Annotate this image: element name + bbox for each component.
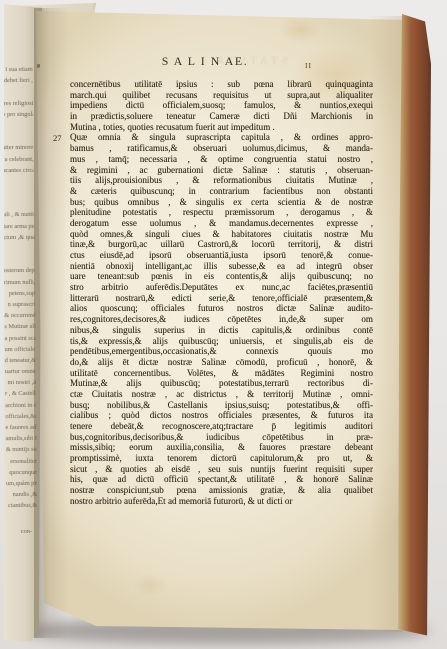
fragment-line: d teneatur,& (5, 355, 36, 367)
fragment-line: o pro singula (2, 109, 33, 121)
fragment-line: ctum ,& qua (3, 232, 34, 244)
fragment-line: mi nostri ,ā (5, 377, 36, 389)
text-block: 27 concernētibus utilitatē ipsius : sub … (70, 79, 373, 507)
paragraph-number: 27 (53, 133, 62, 143)
fragment-line (3, 187, 34, 199)
fragment-line (2, 131, 33, 143)
previous-page-catchword: con- (4, 528, 32, 535)
fragment-line: tres religiosi, (2, 97, 33, 109)
fragment-line (2, 86, 33, 98)
text-line: bus; quibus omnibus , & singulis ex cert… (70, 197, 373, 208)
text-line: ctus eiusdē,ad ipsorū obseruantiā,iusta … (70, 250, 373, 261)
text-line: promptissimè, iuxta tenorem dictorū capi… (70, 453, 373, 464)
text-line: busq; nobilibus,& Castellanis ipsius,sui… (70, 400, 373, 411)
fragment-line: atter minores (2, 142, 33, 154)
fragment-line: quocunque (6, 467, 37, 479)
fragment-line: amulis,sibi & (6, 433, 37, 445)
text-line: tiis alijs,prouisionibus , & reformation… (70, 175, 373, 186)
text-line: & regimini , ac gubernationi dictæ Salin… (70, 165, 373, 176)
gutter-shadow (34, 8, 68, 638)
fragment-line (4, 254, 35, 266)
text-line: do,& alijs ēt dictæ nostræ Salinæ cōmodū… (70, 357, 373, 368)
fragment-line: ī sua etiam (2, 64, 33, 76)
text-line: alios quoscunq; officiales futuros nostr… (70, 303, 373, 314)
text-line: mus , tamq̄; necessaria , & optime congr… (70, 154, 373, 165)
fragment-line: & nuntijs su (6, 444, 37, 456)
fragment-line (3, 176, 34, 188)
fragment-line: petens,sup (4, 288, 35, 300)
text-line: impediens dictū officialem,suosq; famulo… (70, 100, 373, 111)
text-line: concernētibus utilitatē ipsius : sub pœn… (70, 79, 373, 90)
text-line: litterarū nostrarū,& edicti serie,& teno… (70, 293, 373, 304)
fragment-line: um,quàm pro (6, 478, 37, 490)
fragment-line (4, 243, 35, 255)
text-line: in prædictis,soluere teneatur Cameræ dic… (70, 111, 373, 122)
text-line: ctæ Ciuitatis nostræ , ac districtus , &… (70, 389, 373, 400)
text-line: utilitatē concernentibus. Volētes, & mād… (70, 368, 373, 379)
fragment-line: debet fieri , (2, 75, 33, 87)
text-line: plenitudine potestatis , respectu præmis… (70, 207, 373, 218)
text-line: quòd omnes,& singuli ciues & habitatores… (70, 229, 373, 240)
fragment-line (3, 198, 34, 210)
text-line: sicut , & quoties ab eisdē , seu suis nu… (70, 464, 373, 475)
fragment-line: um officialem (5, 344, 36, 356)
fragment-line: officiales,&c (5, 411, 36, 423)
text-line: Mutinæ,& alijs quibuscūq; potestatibus,t… (70, 378, 373, 389)
fragment-line: a possint sca (4, 332, 35, 344)
text-line: tinæ,& burgorū,ac uillarū Castrorū,& loc… (70, 239, 373, 250)
fragment-line: nandis ,& (6, 489, 37, 501)
text-line: nientiā obnoxij intelligant,ac illis sub… (70, 261, 373, 272)
fragment-line: ersonaliter (6, 455, 37, 467)
fragment-line: & occurrendo (4, 310, 35, 322)
fragment-line: uli , & nuntij (3, 209, 34, 221)
text-line: bamus , ratificamus,& obseruari uolumus,… (70, 143, 373, 154)
text-line: missis,sibiq; eorum auxilia,consilia, & … (70, 442, 373, 453)
text-line: march.qui quilibet recusans requisitus u… (70, 90, 373, 101)
text-line: Quæ omnia & singula suprascripta capitul… (70, 132, 373, 143)
fragment-line: e fauores adhi (5, 422, 36, 434)
text-line: nostro arbitrio auferēda,Et ad memoriā f… (70, 496, 373, 507)
fragment-line: osterum depo (4, 265, 35, 277)
binding-edge (398, 14, 431, 638)
fragment-line: n suprascri (4, 299, 35, 311)
text-line: bus,cognitoribus,decisoribus,& iudicibus… (70, 432, 373, 443)
photo-backdrop: ī sua etiamdebet fieri ,tres religiosi,o… (0, 0, 447, 649)
text-line: & cæteris quibuscunq; in contrarium faci… (70, 186, 373, 197)
fragment-line: tare arma pe (3, 220, 34, 232)
text-line: his, quæ ad dictū officiū spectant,& uti… (70, 474, 373, 485)
fragment-line: rimum nulli, (4, 276, 35, 288)
text-line: derogatum esse uolumus , & mandamus.dece… (70, 218, 373, 229)
fragment-line: acantes circa (3, 165, 34, 177)
fragment-line (2, 120, 33, 132)
page-edge-toning (368, 16, 402, 632)
fragment-line: ctantibus,& (6, 500, 37, 512)
text-line: Mutina , toties, quoties recusatum fueri… (70, 122, 373, 133)
text-line: stro arbitrio auferēdis.Deputātes ex nun… (70, 282, 373, 293)
text-line: pendētibus,emergentibus,occasionatis,& c… (70, 346, 373, 357)
text-line: tenere debeāt,& recognoscere,atq;tractar… (70, 421, 373, 432)
text-line: nibus,& singulis superius in dictis capi… (70, 325, 373, 336)
fragment-line: r , & Castellani (5, 388, 36, 400)
fragment-line: archioni in di (5, 399, 36, 411)
text-line: cialibus ; quòd dictos nostros officiale… (70, 410, 373, 421)
folio-number: II (305, 61, 312, 70)
text-line: tis,& expressis,& alijs quibuscūq; uniue… (70, 336, 373, 347)
fragment-line: s Mutinæ alij (4, 321, 35, 333)
text-line: res,cognitores,decisores,& iudices cōpet… (70, 314, 373, 325)
text-line: nostræ conspiciunt,sub pœna amissionis g… (70, 485, 373, 496)
text-line: uare teneant:sub pœnis in eis contentis,… (70, 271, 373, 282)
fragment-line: ra celebrant, (3, 153, 34, 165)
fragment-line: uartur omnes (5, 366, 36, 378)
previous-page-text-fragments: ī sua etiamdebet fieri ,tres religiosi,o… (2, 64, 38, 512)
